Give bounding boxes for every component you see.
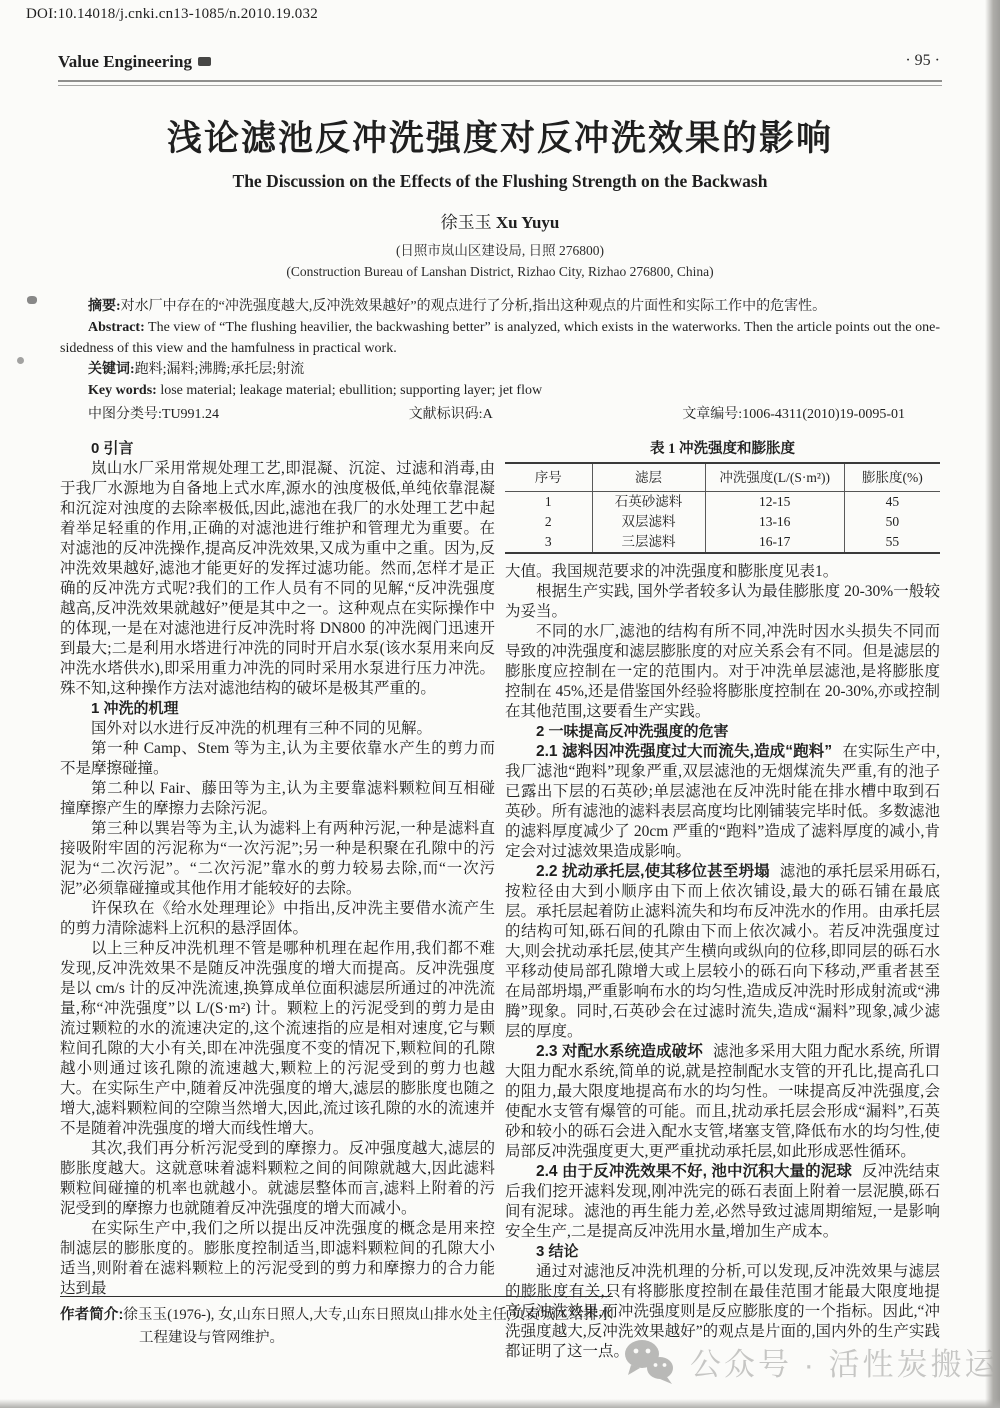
wechat-icon — [622, 1338, 676, 1384]
keywords-en-text: lose material; leakage material; ebullit… — [160, 383, 542, 398]
table-header-cell: 序号 — [505, 463, 592, 492]
paragraph: 在实际生产中,我们之所以提出反冲洗强度的概念是用来控制滤层的膨胀度的。膨胀度控制… — [60, 1219, 495, 1299]
author-name-en: Xu Yuyu — [496, 213, 559, 232]
subsection-lead-2-3: 2.3 对配水系统造成破坏 — [536, 1043, 713, 1060]
table-cell: 55 — [844, 532, 940, 553]
subsection-lead-2-4: 2.4 由于反冲洗效果不好, 池中沉积大量的泥球 — [536, 1163, 862, 1180]
document-code: 文献标识码:A — [409, 405, 493, 425]
subsection-text: 滤池的承托层采用砾石,按粒径由大到小顺序由下而上依次铺设,最大的砾石铺在最底层。… — [505, 863, 940, 1040]
clc-number: 中图分类号:TU991.24 — [60, 405, 219, 425]
abstract-en: Abstract: The view of “The flushing heav… — [60, 317, 940, 359]
doi-text: DOI:10.14018/j.cnki.cn13-1085/n.2010.19.… — [26, 6, 318, 23]
scan-edge-bottom — [0, 1399, 1000, 1408]
paragraph: 不同的水厂,滤池的结构有所不同,冲洗时因水头损失不同而导致的冲洗强度和滤层膨胀度… — [505, 622, 940, 722]
section-heading-1: 1 冲洗的机理 — [60, 699, 495, 719]
scan-speck — [17, 357, 24, 364]
table-row: 3 三层滤料 16-17 55 — [505, 532, 940, 553]
table-cell: 12-15 — [705, 492, 844, 513]
paragraph: 2.3 对配水系统造成破坏滤池多采用大阻力配水系统, 所谓大阻力配水系统,简单的… — [505, 1042, 940, 1162]
keywords-en: Key words: lose material; leakage materi… — [60, 380, 940, 401]
table-cell: 双层滤料 — [592, 512, 705, 532]
affiliation-zh: (日照市岚山区建设局, 日照 276800) — [0, 242, 1000, 259]
subsection-lead-2-2: 2.2 扰动承托层,使其移位甚至坍塌 — [536, 863, 780, 880]
footnote-body: 徐玉玉(1976-), 女,山东日照人,大专,山东日照岚山排水处主任,负责城区给… — [123, 1307, 613, 1346]
paragraph: 第三种以巽岩等为主,认为滤料上有两种污泥,一种是滤料直接吸附牢固的污泥称为“一次… — [60, 819, 495, 899]
paragraph: 以上三种反冲洗机理不管是哪种机理在起作用,我们都不难发现,反冲洗效果不是随反冲洗… — [60, 939, 495, 1139]
table-cell: 2 — [505, 512, 592, 532]
watermark-text: 公众号 · 活性炭搬运工 — [690, 1339, 1000, 1384]
section-heading-3: 3 结论 — [505, 1242, 940, 1262]
left-column: 0 引言 岚山水厂采用常规处理工艺,即混凝、沉淀、过滤和消毒,由于我厂水源地为自… — [60, 439, 495, 1299]
author-line: 徐玉玉 Xu Yuyu — [0, 212, 1000, 234]
abstract-en-text: The view of “The flushing heavilier, the… — [60, 320, 940, 356]
meta-row: 中图分类号:TU991.24 文献标识码:A 文章编号:1006-4311(20… — [60, 405, 940, 425]
table-cell: 50 — [844, 512, 940, 532]
two-column-body: 0 引言 岚山水厂采用常规处理工艺,即混凝、沉淀、过滤和消毒,由于我厂水源地为自… — [60, 439, 940, 1362]
paper-page: DOI:10.14018/j.cnki.cn13-1085/n.2010.19.… — [0, 0, 1000, 1408]
author-footnote: 作者简介:徐玉玉(1976-), 女,山东日照人,大专,山东日照岚山排水处主任,… — [60, 1296, 613, 1350]
keywords-en-label: Key words: — [88, 383, 157, 398]
abstract-zh: 摘要:对水厂中存在的“冲洗强度越大,反冲洗效果越好”的观点进行了分析,指出这种观… — [60, 296, 940, 317]
table-cell: 45 — [844, 492, 940, 513]
abstract-en-label: Abstract: — [88, 320, 145, 335]
table-header-cell: 冲洗强度(L/(S·m²)) — [705, 463, 844, 492]
right-column: 表 1 冲洗强度和膨胀度 序号 滤层 冲洗强度(L/(S·m²)) 膨胀度(%)… — [505, 439, 940, 1362]
abstract-block: 摘要:对水厂中存在的“冲洗强度越大,反冲洗效果越好”的观点进行了分析,指出这种观… — [60, 296, 940, 401]
paper-title-en: The Discussion on the Effects of the Flu… — [0, 170, 1000, 192]
scan-edge-right — [985, 0, 1000, 1408]
ink-smudge — [198, 57, 211, 66]
subsection-text: 滤池多采用大阻力配水系统, 所谓大阻力配水系统,简单的说,就是控制配水支管的开孔… — [505, 1043, 940, 1160]
keywords-zh-label: 关键词: — [88, 362, 135, 377]
footnote-label: 作者简介: — [60, 1307, 123, 1323]
journal-header: Value Engineering · 95 · — [58, 52, 940, 72]
table-row: 1 石英砂滤料 12-15 45 — [505, 492, 940, 513]
article-id: 文章编号:1006-4311(2010)19-0095-01 — [682, 405, 905, 425]
table-cell: 石英砂滤料 — [592, 492, 705, 513]
section-heading-2: 2 一味提高反冲洗强度的危害 — [505, 722, 940, 742]
author-name-zh: 徐玉玉 — [441, 213, 492, 232]
paragraph: 第二种以 Fair、藤田等为主,认为主要靠滤料颗粒间互相碰撞摩擦产生的摩擦力去除… — [60, 779, 495, 819]
journal-name: Value Engineering — [58, 52, 192, 72]
table-header-row: 序号 滤层 冲洗强度(L/(S·m²)) 膨胀度(%) — [505, 463, 940, 492]
keywords-zh-text: 跑料;漏料;沸腾;承托层;射流 — [135, 362, 305, 377]
flushing-strength-table: 序号 滤层 冲洗强度(L/(S·m²)) 膨胀度(%) 1 石英砂滤料 12-1… — [505, 462, 940, 554]
paragraph: 岚山水厂采用常规处理工艺,即混凝、沉淀、过滤和消毒,由于我厂水源地为自备地上式水… — [60, 459, 495, 699]
paragraph: 许保玖在《给水处理理论》中指出,反冲洗主要借水流产生的剪力清除滤料上沉积的悬浮固… — [60, 899, 495, 939]
scan-speck — [27, 296, 37, 304]
paragraph: 2.1 滤料因冲洗强度过大而流失,造成“跑料”在实际生产中,我厂滤池“跑料”现象… — [505, 742, 940, 862]
subsection-lead-2-1: 2.1 滤料因冲洗强度过大而流失,造成“跑料” — [536, 743, 842, 760]
abstract-zh-text: 对水厂中存在的“冲洗强度越大,反冲洗效果越好”的观点进行了分析,指出这种观点的片… — [121, 299, 826, 314]
table-cell: 13-16 — [705, 512, 844, 532]
affiliation-en: (Construction Bureau of Lanshan District… — [0, 263, 1000, 280]
paper-title-zh: 浅论滤池反冲洗强度对反冲洗效果的影响 — [0, 116, 1000, 162]
paragraph: 其次,我们再分析污泥受到的摩擦力。反冲强度越大,滤层的膨胀度越大。这就意味着滤料… — [60, 1139, 495, 1219]
section-heading-0: 0 引言 — [60, 439, 495, 459]
paragraph: 2.4 由于反冲洗效果不好, 池中沉积大量的泥球反冲洗结束后我们挖开滤料发现,刚… — [505, 1162, 940, 1242]
page-number: · 95 · — [905, 52, 940, 70]
header-rule — [58, 80, 942, 86]
wechat-watermark: 公众号 · 活性炭搬运工 — [622, 1338, 1000, 1384]
paragraph: 第一种 Camp、Stem 等为主,认为主要依靠水产生的剪力而不是摩擦碰撞。 — [60, 739, 495, 779]
table-row: 2 双层滤料 13-16 50 — [505, 512, 940, 532]
table-header-cell: 滤层 — [592, 463, 705, 492]
paragraph: 大值。我国规范要求的冲洗强度和膨胀度见表1。 — [505, 562, 940, 582]
table-cell: 三层滤料 — [592, 532, 705, 553]
table-cell: 3 — [505, 532, 592, 553]
table-cell: 1 — [505, 492, 592, 513]
keywords-zh: 关键词:跑料;漏料;沸腾;承托层;射流 — [60, 359, 940, 380]
subsection-text: 在实际生产中,我厂滤池“跑料”现象严重,双层滤池的无烟煤流失严重,有的池子已露出… — [505, 743, 940, 860]
abstract-zh-label: 摘要: — [88, 299, 121, 314]
table-header-cell: 膨胀度(%) — [844, 463, 940, 492]
paragraph: 国外对以水进行反冲洗的机理有三种不同的见解。 — [60, 719, 495, 739]
paragraph: 根据生产实践, 国外学者较多认为最佳膨胀度 20-30%一般较为妥当。 — [505, 582, 940, 622]
table-caption: 表 1 冲洗强度和膨胀度 — [505, 439, 940, 460]
table-cell: 16-17 — [705, 532, 844, 553]
paper-content: 浅论滤池反冲洗强度对反冲洗效果的影响 The Discussion on the… — [0, 0, 1000, 1362]
paragraph: 2.2 扰动承托层,使其移位甚至坍塌滤池的承托层采用砾石,按粒径由大到小顺序由下… — [505, 862, 940, 1042]
footnote-text: 作者简介:徐玉玉(1976-), 女,山东日照人,大专,山东日照岚山排水处主任,… — [60, 1304, 613, 1350]
